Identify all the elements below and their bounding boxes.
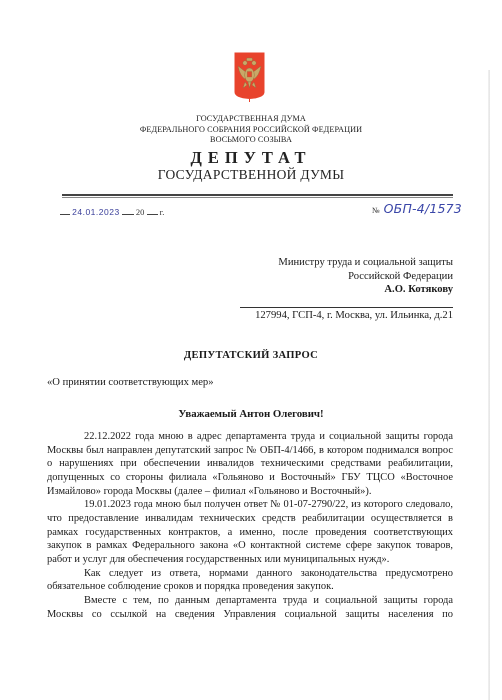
paragraph: Как следует из ответа, нормами данного з… [47,567,453,594]
recipient-address: 127994, ГСП-4, г. Москва, ул. Ильинка, д… [255,310,453,321]
address-divider [240,307,453,308]
recipient-line-1: Министру труда и социальной защиты [278,256,453,270]
letterhead-subtitle: ГОСУДАРСТВЕННОЙ ДУМЫ [0,167,502,182]
document-title: ДЕПУТАТСКИЙ ЗАПРОС [0,350,502,361]
recipient-block: Министру труда и социальной защиты Росси… [278,256,453,297]
document-subject: «О принятии соответствующих мер» [47,377,214,388]
header-divider-thick [62,194,453,196]
registration-number: № ОБП-4/1573 [372,200,462,218]
recipient-name: А.О. Котякову [278,283,453,297]
salutation: Уважаемый Антон Олегович! [0,408,502,420]
coat-of-arms-icon [234,52,265,102]
handwritten-number: ОБП-4/1573 [384,201,462,216]
date-suffix: г. [160,207,165,217]
header-divider-thin [62,197,453,198]
paragraph: Вместе с тем, по данным департамента тру… [47,594,453,621]
paragraph: 22.12.2022 года мною в адрес департамент… [47,430,453,498]
number-label: № [372,206,380,215]
letterhead-org: ГОСУДАРСТВЕННАЯ ДУМА ФЕДЕРАЛЬНОГО СОБРАН… [0,114,502,182]
date-year-prefix: 20 [136,207,145,217]
org-line-3: ВОСЬМОГО СОЗЫВА [0,135,502,146]
handwritten-date: 24.01.2023 [72,207,120,217]
letterhead-title: ДЕПУТАТ [0,148,502,167]
paragraph: 19.01.2023 года мною был получен ответ №… [47,498,453,566]
document-body: 22.12.2022 года мною в адрес департамент… [47,430,453,621]
recipient-line-2: Российской Федерации [278,270,453,284]
registration-date: 24.01.2023 20 г. [60,207,164,217]
org-line-1: ГОСУДАРСТВЕННАЯ ДУМА [0,114,502,125]
org-line-2: ФЕДЕРАЛЬНОГО СОБРАНИЯ РОССИЙСКОЙ ФЕДЕРАЦ… [0,125,502,136]
